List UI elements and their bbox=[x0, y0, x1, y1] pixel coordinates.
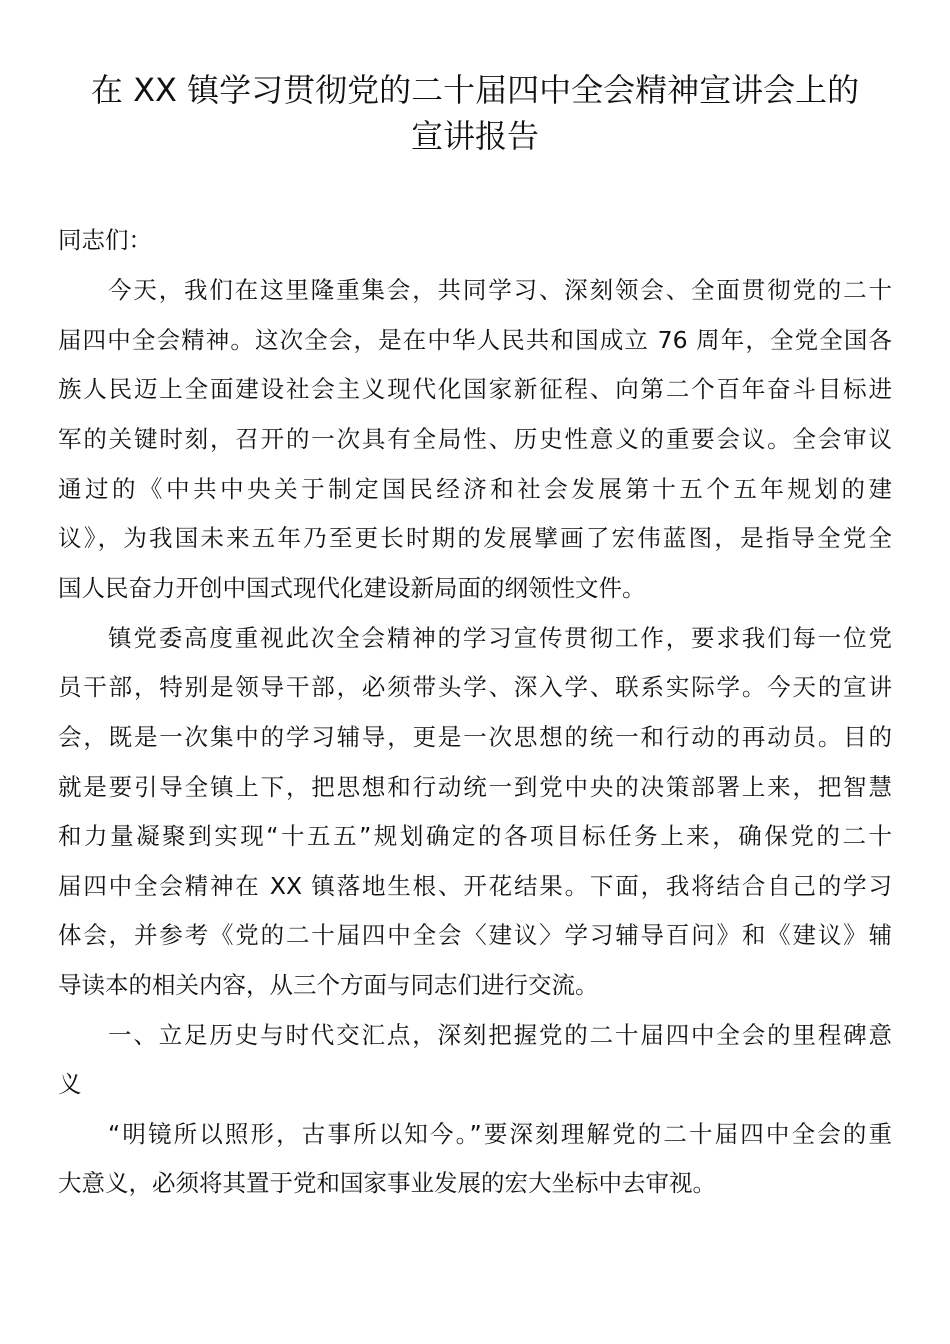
paragraph-line: 届四中全会精神在 XX 镇落地生根、开花结果。下面，我将结合自己的学习 bbox=[58, 871, 892, 901]
paragraph-line: 大意义，必须将其置于党和国家事业发展的宏大坐标中去审视。 bbox=[58, 1168, 892, 1198]
paragraph-line: 镇党委高度重视此次全会精神的学习宣传贯彻工作，要求我们每一位党 bbox=[108, 623, 892, 653]
paragraph-line: 军的关键时刻，召开的一次具有全局性、历史性意义的重要会议。全会审议 bbox=[58, 424, 892, 454]
salutation: 同志们： bbox=[58, 225, 892, 255]
paragraph-line: 国人民奋力开创中国式现代化建设新局面的纲领性文件。 bbox=[58, 573, 892, 603]
heading-line: 义 bbox=[58, 1069, 892, 1099]
paragraph-line: 议》，为我国未来五年乃至更长时期的发展擘画了宏伟蓝图，是指导全党全 bbox=[58, 523, 892, 553]
heading-line: 一、立足历史与时代交汇点，深刻把握党的二十届四中全会的里程碑意 bbox=[108, 1020, 892, 1050]
paragraph-line: 员干部，特别是领导干部，必须带头学、深入学、联系实际学。今天的宣讲 bbox=[58, 672, 892, 702]
paragraph-line: 体会，并参考《党的二十届四中全会〈建议〉学习辅导百问》和《建议》辅 bbox=[58, 920, 892, 950]
paragraph-line: 和力量凝聚到实现“十五五”规划确定的各项目标任务上来，确保党的二十 bbox=[58, 821, 892, 851]
paragraph-line: 今天，我们在这里隆重集会，共同学习、深刻领会、全面贯彻党的二十 bbox=[108, 275, 892, 305]
paragraph-line: “明镜所以照形，古事所以知今。”要深刻理解党的二十届四中全会的重 bbox=[108, 1119, 892, 1149]
title-line-1: 在 XX 镇学习贯彻党的二十届四中全会精神宣讲会上的 bbox=[0, 67, 950, 113]
title-line-2: 宣讲报告 bbox=[0, 113, 950, 159]
paragraph-line: 通过的《中共中央关于制定国民经济和社会发展第十五个五年规划的建 bbox=[58, 474, 892, 504]
document-title: 在 XX 镇学习贯彻党的二十届四中全会精神宣讲会上的 宣讲报告 bbox=[0, 67, 950, 159]
paragraph-line: 就是要引导全镇上下，把思想和行动统一到党中央的决策部署上来，把智慧 bbox=[58, 772, 892, 802]
paragraph-line: 届四中全会精神。这次全会，是在中华人民共和国成立 76 周年，全党全国各 bbox=[58, 325, 892, 355]
paragraph-line: 会，既是一次集中的学习辅导，更是一次思想的统一和行动的再动员。目的 bbox=[58, 722, 892, 752]
paragraph-line: 族人民迈上全面建设社会主义现代化国家新征程、向第二个百年奋斗目标进 bbox=[58, 374, 892, 404]
paragraph-line: 导读本的相关内容，从三个方面与同志们进行交流。 bbox=[58, 970, 892, 1000]
